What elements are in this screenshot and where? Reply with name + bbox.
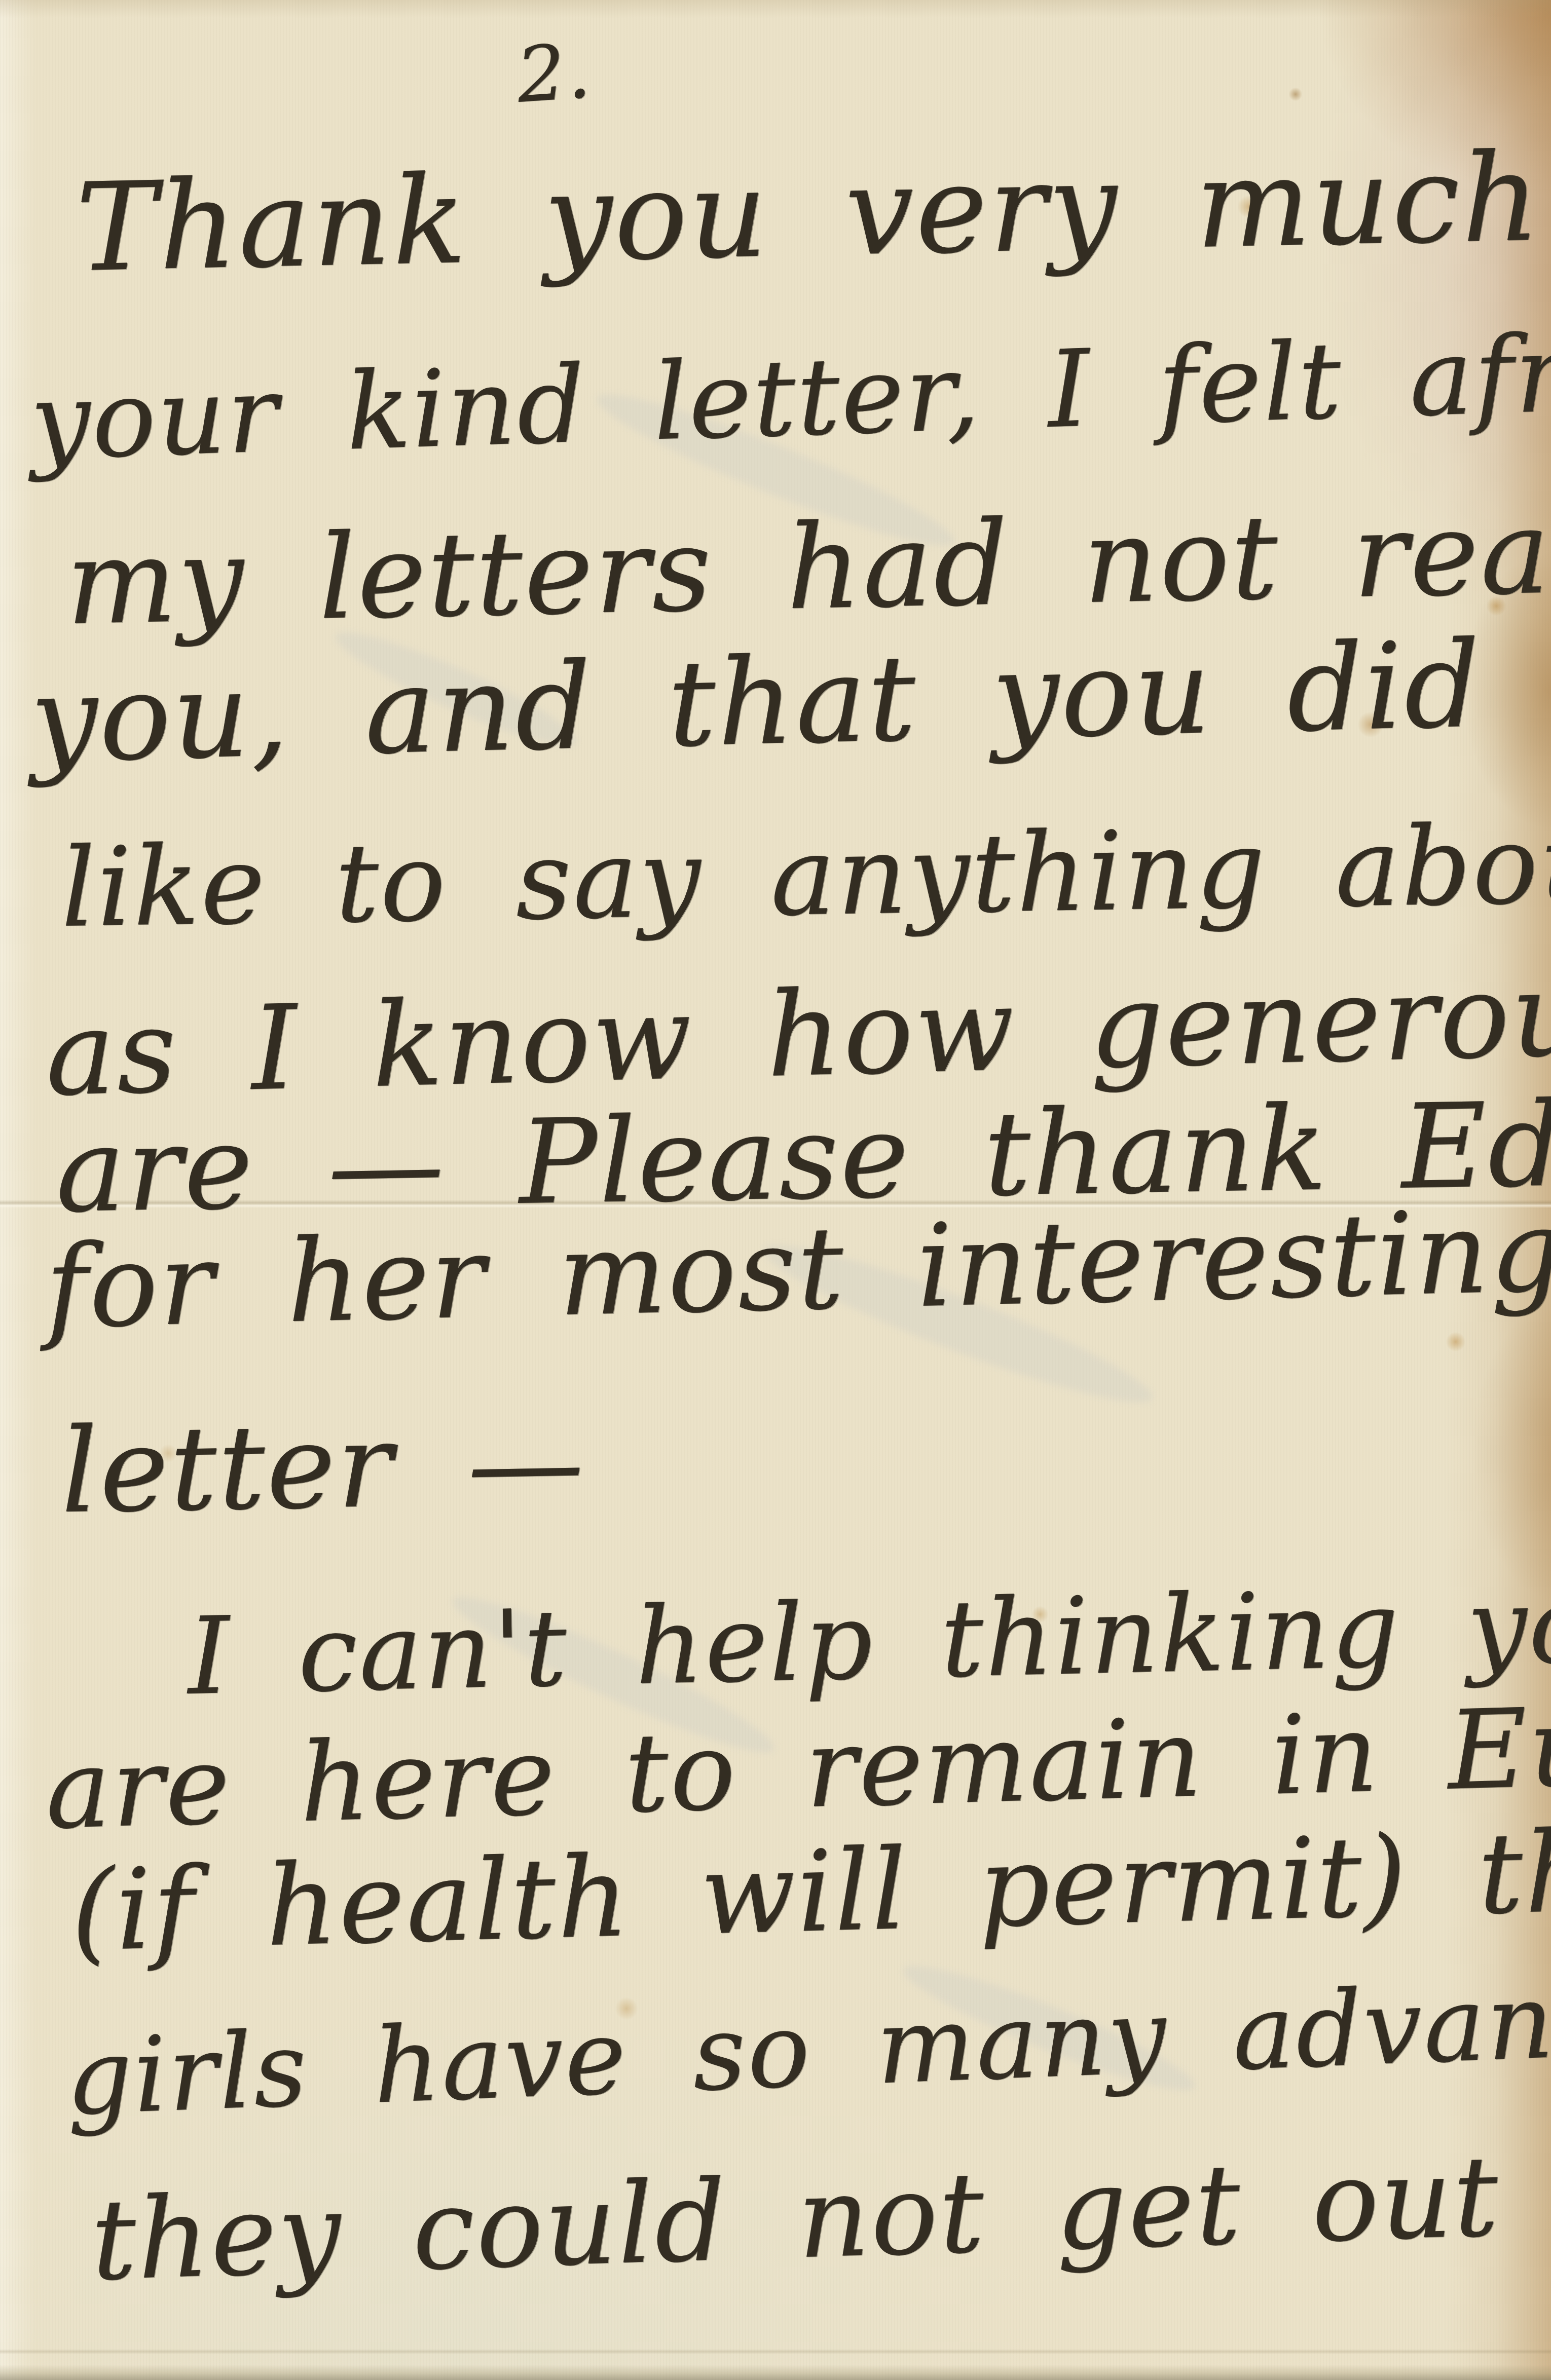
letter-page: 2. Thank you very much for your kind let…: [0, 0, 1551, 2380]
handwritten-line-13: girls have so many advantages,: [64, 1957, 1551, 2131]
handwritten-line-10: I can't help thinking you: [187, 1570, 1551, 1710]
handwritten-line-2: your kind letter, I felt afraid: [29, 315, 1551, 475]
handwritten-line-14: they could not get out here: [90, 2130, 1551, 2296]
page-number: 2.: [514, 33, 594, 114]
fold-crease-bottom: [0, 2349, 1551, 2354]
page-bottom-edge: [0, 2365, 1551, 2380]
handwritten-line-5: like to say anything about it: [60, 806, 1551, 942]
handwritten-line-9: letter —: [60, 1405, 586, 1530]
handwritten-line-8: for her most interesting: [44, 1194, 1551, 1345]
handwritten-line-1: Thank you very much for: [75, 131, 1551, 289]
